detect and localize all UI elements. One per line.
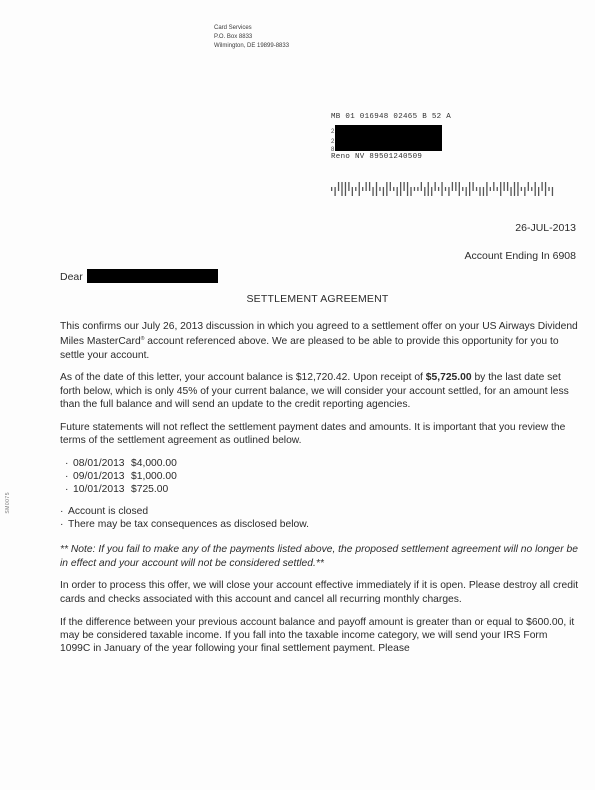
bullet-glyph: · <box>65 483 73 496</box>
payment-date: 08/01/2013 <box>73 457 131 470</box>
return-address-line: Card Services <box>214 24 289 33</box>
settlement-amount: $5,725.00 <box>426 372 472 383</box>
mailing-address-block: MB 01 016948 02465 B 52 A <box>331 112 451 122</box>
return-address: Card Services P.O. Box 8833 Wilmington, … <box>214 24 289 51</box>
payment-date: 09/01/2013 <box>73 470 131 483</box>
settlement-letter-page: Card Services P.O. Box 8833 Wilmington, … <box>0 0 595 790</box>
mail-reference-line: MB 01 016948 02465 B 52 A <box>331 112 451 122</box>
term-item: ·There may be tax consequences as disclo… <box>60 518 580 531</box>
letter-date: 26-JUL-2013 <box>515 222 576 234</box>
payment-item: ·08/01/2013$4,000.00 <box>65 457 580 470</box>
side-margin-code: SM0075 <box>5 492 11 514</box>
return-address-line: P.O. Box 8833 <box>214 33 289 42</box>
mail-city-line: Reno NV 89501240509 <box>331 152 422 162</box>
terms-list: ·Account is closed·There may be tax cons… <box>60 505 580 532</box>
payment-date: 10/01/2013 <box>73 483 131 496</box>
paragraph-tax: If the difference between your previous … <box>60 616 580 656</box>
letter-body: This confirms our July 26, 2013 discussi… <box>60 320 580 665</box>
return-address-line: Wilmington, DE 19899-8833 <box>214 42 289 51</box>
paragraph-close-account: In order to process this offer, we will … <box>60 579 580 606</box>
postal-barcode <box>331 182 555 196</box>
term-text: There may be tax consequences as disclos… <box>68 518 309 531</box>
salutation-prefix: Dear <box>60 271 83 283</box>
payment-amount: $725.00 <box>131 483 168 496</box>
barcode-graphic <box>331 182 555 196</box>
document-title: SETTLEMENT AGREEMENT <box>0 293 595 305</box>
paragraph-confirmation: This confirms our July 26, 2013 discussi… <box>60 320 580 362</box>
redacted-recipient-name <box>87 269 218 283</box>
payment-schedule: ·08/01/2013$4,000.00·09/01/2013$1,000.00… <box>60 457 580 497</box>
payment-amount: $1,000.00 <box>131 470 177 483</box>
address-stub: 2 <box>331 138 334 146</box>
salutation: Dear <box>60 271 83 283</box>
address-stub: 2 <box>331 128 334 136</box>
payment-amount: $4,000.00 <box>131 457 177 470</box>
bullet-glyph: · <box>60 518 68 531</box>
paragraph-note: ** Note: If you fail to make any of the … <box>60 543 580 570</box>
account-ending: Account Ending In 6908 <box>464 250 576 262</box>
bullet-glyph: · <box>65 470 73 483</box>
payment-item: ·10/01/2013$725.00 <box>65 483 580 496</box>
payment-item: ·09/01/2013$1,000.00 <box>65 470 580 483</box>
term-item: ·Account is closed <box>60 505 580 518</box>
bullet-glyph: · <box>60 505 68 518</box>
paragraph-balance: As of the date of this letter, your acco… <box>60 371 580 411</box>
redacted-recipient-address <box>335 125 442 151</box>
bullet-glyph: · <box>65 457 73 470</box>
term-text: Account is closed <box>68 505 148 518</box>
paragraph-future-statements: Future statements will not reflect the s… <box>60 421 580 448</box>
